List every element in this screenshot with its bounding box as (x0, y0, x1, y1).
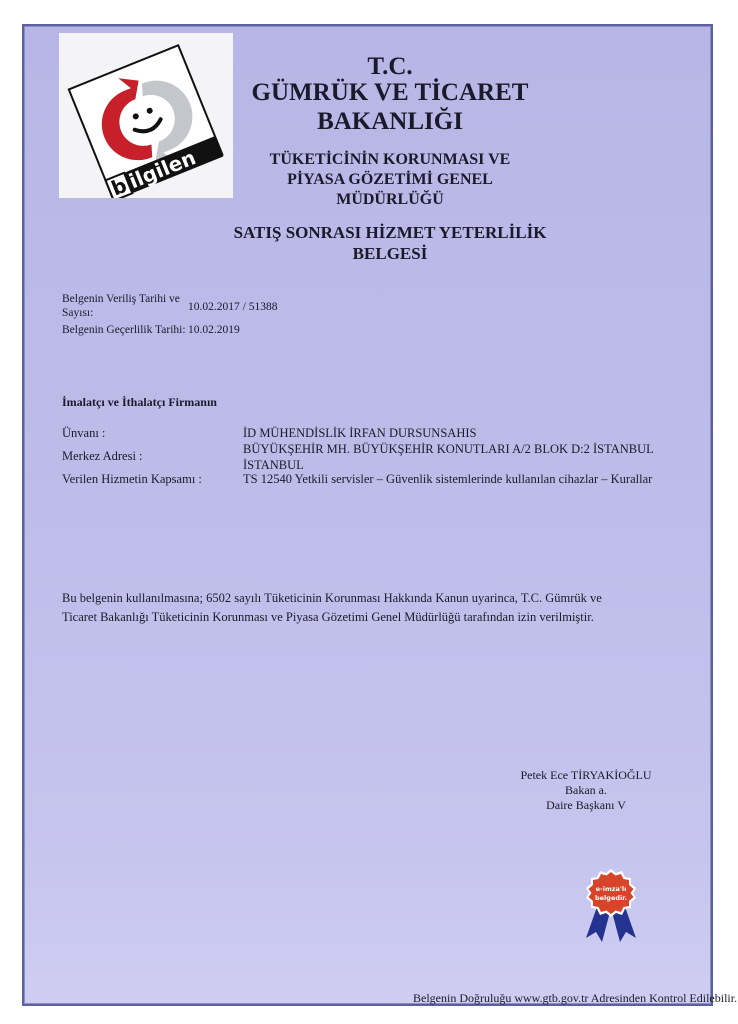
issue-date-label-line-1: Belgenin Veriliş Tarihi ve (62, 292, 180, 306)
issue-date-value: 10.02.2017 / 51388 (188, 300, 277, 314)
directorate-line-2: PİYASA GÖZETİMİ GENEL (230, 170, 550, 190)
issue-date-label-line-2: Sayısı: (62, 306, 180, 320)
firm-title-value: İD MÜHENDİSLİK İRFAN DURSUNSAHIS (243, 425, 476, 441)
ministry-name: GÜMRÜK VE TİCARET BAKANLIĞI (230, 78, 550, 136)
validity-date-value: 10.02.2019 (188, 323, 240, 337)
directorate-name: TÜKETİCİNİN KORUNMASI VE PİYASA GÖZETİMİ… (230, 150, 550, 210)
service-scope-value: TS 12540 Yetkili servisler – Güvenlik si… (243, 471, 652, 487)
directorate-line-3: MÜDÜRLÜĞÜ (230, 190, 550, 210)
authorization-statement: Bu belgenin kullanılmasına; 6502 sayılı … (62, 589, 692, 627)
svg-text:belgedir.: belgedir. (595, 894, 627, 902)
signatory-role-2: Daire Başkanı V (496, 798, 676, 813)
signatory-name: Petek Ece TİRYAKİOĞLU (496, 768, 676, 783)
validity-date-label: Belgenin Geçerlilik Tarihi: (62, 323, 186, 337)
firm-address-line-1: BÜYÜKŞEHİR MH. BÜYÜKŞEHİR KONUTLARI A/2 … (243, 441, 654, 457)
bilgilen-logo: b ilgilen bilgilen (59, 33, 233, 198)
document-title-line-2: BELGESİ (210, 243, 570, 264)
issue-date-label: Belgenin Veriliş Tarihi ve Sayısı: (62, 292, 180, 320)
ministry-line-1: GÜMRÜK VE TİCARET (230, 78, 550, 107)
ministry-line-2: BAKANLIĞI (230, 107, 550, 136)
verification-footer: Belgenin Doğruluğu www.gtb.gov.tr Adresi… (413, 991, 737, 1005)
smiley-recycle-arrows-icon: b ilgilen (59, 33, 233, 198)
firm-address-value: BÜYÜKŞEHİR MH. BÜYÜKŞEHİR KONUTLARI A/2 … (243, 441, 654, 473)
e-signature-seal: e-imza'lı belgedir. (578, 868, 644, 944)
statement-line-1: Bu belgenin kullanılmasına; 6502 sayılı … (62, 589, 692, 608)
svg-text:e-imza'lı: e-imza'lı (596, 885, 627, 893)
firm-title-label: Ünvanı : (62, 425, 105, 441)
firm-section-title: İmalatçı ve İthalatçı Firmanın (62, 395, 217, 410)
e-signature-rosette-icon: e-imza'lı belgedir. (578, 868, 644, 944)
document-title-line-1: SATIŞ SONRASI HİZMET YETERLİLİK (210, 222, 570, 243)
signature-block: Petek Ece TİRYAKİOĞLU Bakan a. Daire Baş… (496, 768, 676, 813)
statement-line-2: Ticaret Bakanlığı Tüketicinin Korunması … (62, 608, 692, 627)
signatory-role-1: Bakan a. (496, 783, 676, 798)
document-title: SATIŞ SONRASI HİZMET YETERLİLİK BELGESİ (210, 222, 570, 264)
header-tc: T.C. (240, 52, 540, 81)
directorate-line-1: TÜKETİCİNİN KORUNMASI VE (230, 150, 550, 170)
service-scope-label: Verilen Hizmetin Kapsamı : (62, 471, 202, 487)
firm-address-label: Merkez Adresi : (62, 448, 143, 464)
